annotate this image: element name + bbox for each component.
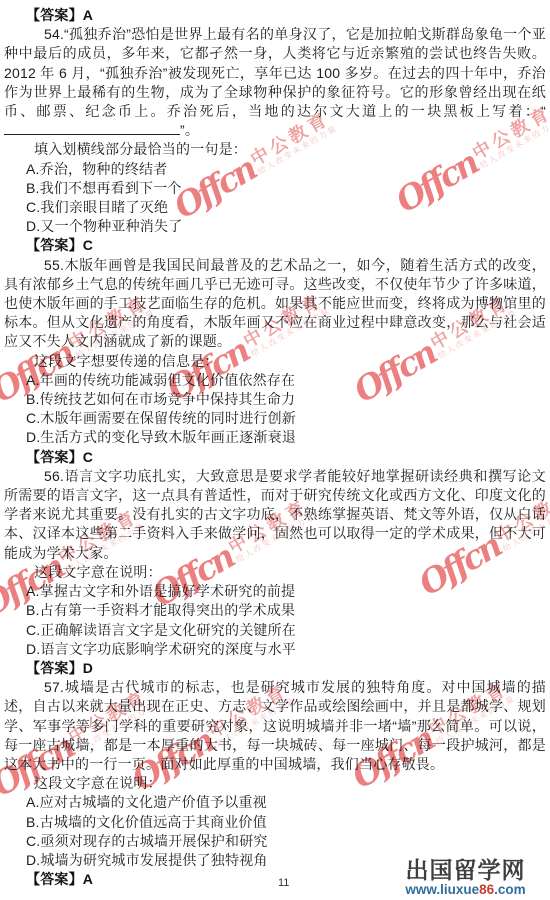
question-55-option-d: D.生活方式的变化导致木版年画正逐渐衰退 xyxy=(4,428,546,447)
scanned-exam-page: Offcn中公教育给人改变未来的力量Offcn中公教育给人改变未来的力量Offc… xyxy=(0,0,550,900)
answer-line-q53: 【答案】A xyxy=(4,6,546,25)
question-55-option-c: C.木版年画需要在保留传统的同时进行创新 xyxy=(4,409,546,428)
question-56-option-c: C.正确解读语言文字是文化研究的关键所在 xyxy=(4,621,546,640)
question-54-text: 54.“孤独乔治”恐怕是世界上最有名的单身汉了，它是加拉帕戈斯群岛象龟一个亚种中… xyxy=(4,26,546,119)
footer-url-www: www.liuxue xyxy=(405,882,479,897)
exam-content: 【答案】A 54.“孤独乔治”恐怕是世界上最有名的单身汉了，它是加拉帕戈斯群岛象… xyxy=(4,6,546,889)
question-57-option-a: A.应对古城墙的文化遗产价值予以重视 xyxy=(4,793,546,812)
question-57-option-c: C.亟须对现存的古城墙开展保护和研究 xyxy=(4,832,546,851)
question-54-option-c: C.我们亲眼目睹了灭绝 xyxy=(4,198,546,217)
question-55-option-b: B.传统技艺如何在市场竞争中保持其生命力 xyxy=(4,390,546,409)
footer-site-url: www.liuxue86.com xyxy=(383,883,548,897)
footer-url-com: .com xyxy=(494,882,526,897)
question-54-option-b: B.我们不想再看到下一个 xyxy=(4,179,546,198)
question-56-body: 56.语言文字功底扎实，大致意思是要求学者能较好地掌握研读经典和撰写论文所需要的… xyxy=(4,467,546,563)
footer-site-name: 出国留学网 xyxy=(383,859,548,882)
question-54-prompt: 填入划横线部分最恰当的一句是： xyxy=(4,140,546,159)
question-55-prompt: 这段文字想要传递的信息是： xyxy=(4,352,546,371)
question-54-text-suffix: ”。 xyxy=(180,122,199,138)
question-55-body: 55.木版年画曾是我国民间最普及的艺术品之一，如今，随着生活方式的改变，具有浓郁… xyxy=(4,256,546,352)
question-54-option-a: A.乔治，物种的终结者 xyxy=(4,160,546,179)
answer-line-q56: 【答案】D xyxy=(4,659,546,678)
page-number: 11 xyxy=(278,877,289,889)
question-54-body: 54.“孤独乔治”恐怕是世界上最有名的单身汉了，它是加拉帕戈斯群岛象龟一个亚种中… xyxy=(4,25,546,140)
question-56-prompt: 这段文字意在说明： xyxy=(4,563,546,582)
question-57-option-b: B.古城墙的文化价值远高于其商业价值 xyxy=(4,813,546,832)
question-57-body: 57.城墙是古代城市的标志，也是研究城市发展的独特角度。对中国城墙的描述，自古以… xyxy=(4,678,546,774)
fill-in-blank-line xyxy=(4,122,180,135)
question-57-prompt: 这段文字意在说明： xyxy=(4,774,546,793)
question-54-option-d: D.又一个物种亚种消失了 xyxy=(4,217,546,236)
question-55-option-a: A.年画的传统功能减弱但文化价值依然存在 xyxy=(4,371,546,390)
liuxue86-logo: 出国留学网 www.liuxue86.com xyxy=(383,859,548,897)
question-56-option-b: B.占有第一手资料才能取得突出的学术成果 xyxy=(4,601,546,620)
answer-line-q55: 【答案】C xyxy=(4,448,546,467)
footer-url-86: 86 xyxy=(479,882,494,897)
question-56-option-a: A.掌握古文字和外语是搞好学术研究的前提 xyxy=(4,582,546,601)
question-56-option-d: D.语言文字功底影响学术研究的深度与水平 xyxy=(4,640,546,659)
answer-line-q54: 【答案】C xyxy=(4,236,546,255)
